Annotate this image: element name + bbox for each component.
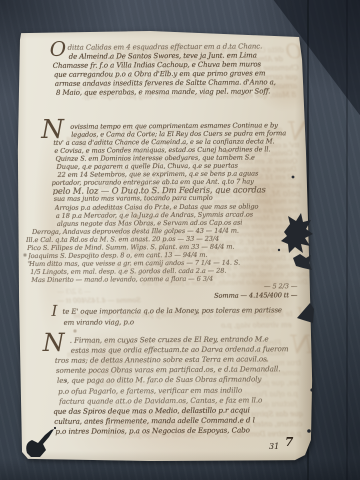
paragraph: Oditta Calidas em 4 esquadras effectuar … (54, 42, 298, 98)
manuscript-page-wrap: Oditta Calidas em 4 esquadras effectuar … (17, 31, 313, 461)
manuscript-page: Oditta Calidas em 4 esquadras effectuar … (17, 31, 313, 461)
paragraph: N. Firman, em cuyas Sete cruzes de El Re… (56, 334, 301, 438)
manuscript-line: Somma — 4.145/400 tt — (52, 291, 299, 301)
manuscript-line: p.o intres Dominios, p.a os Negocios de … (55, 426, 300, 438)
backdrop-crease-line (346, 0, 348, 480)
manuscript-line: em virando viag, p.o (54, 316, 300, 329)
photo-backdrop: Oditta Calidas em 4 esquadras effectuar … (0, 0, 360, 480)
handwritten-text: Oditta Calidas em 4 esquadras effectuar … (54, 42, 301, 437)
margin-mark-7: 7 (285, 435, 293, 449)
margin-mark-31: 31 (269, 442, 279, 451)
manuscript-line: 8 Maio, que esperabas, e mesma mande, vi… (56, 88, 298, 99)
paragraph: Ite E' oque importancia q.o de la Money,… (55, 305, 299, 329)
paragraph: Novissima tempo em que comprimentam esma… (54, 121, 299, 301)
